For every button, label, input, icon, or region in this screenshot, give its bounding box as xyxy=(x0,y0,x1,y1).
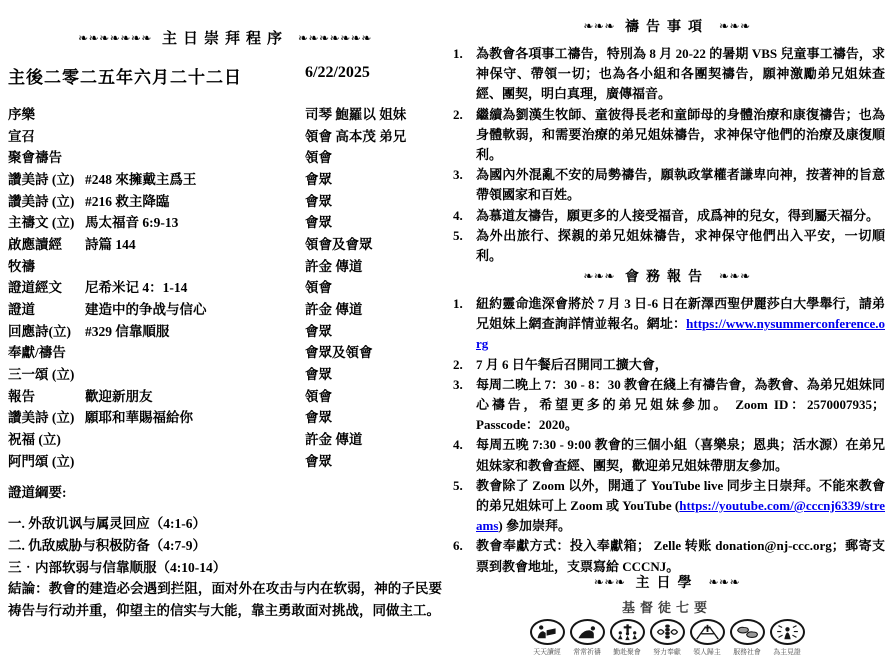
program-content: 歡迎新朋友 xyxy=(85,385,305,405)
program-leader: 許金 傳道 xyxy=(305,298,442,318)
attend-meetings-icon xyxy=(610,619,645,645)
seven-essentials-row: 天天讀經 常常祈禱 勤赴聚會 xyxy=(449,619,885,657)
program-content: 馬太福音 6:9-13 xyxy=(85,211,305,231)
flourish-right-icon: ❧❧❧ xyxy=(719,269,751,283)
sunday-school-title-text: 主日學 xyxy=(636,576,699,591)
prayer-items-title-text: 禱告事項 xyxy=(625,20,709,35)
program-leader: 許金 傳道 xyxy=(305,255,442,275)
program-leader: 會眾 xyxy=(305,320,442,340)
program-leader: 會眾 xyxy=(305,211,442,231)
worship-order-title-text: 主日崇拜程序 xyxy=(162,31,288,47)
essential-figure: 勤赴聚會 xyxy=(609,619,646,657)
report-item-text: 每周五晚 7:30 - 9:00 教會的三個小組（喜樂泉；恩典；活水源）在弟兄姐… xyxy=(476,437,885,472)
praying-icon xyxy=(570,619,605,645)
program-leader: 會眾 xyxy=(305,450,442,470)
witness-for-the-lord-icon xyxy=(770,619,805,645)
essential-caption: 努力奉獻 xyxy=(653,646,681,656)
essential-figure: 領人歸主 xyxy=(689,619,726,657)
program-content: 願耶和華賜福給你 xyxy=(85,406,305,426)
program-content: 詩篇 144 xyxy=(85,233,305,253)
report-item-text: 7 月 6 日午餐后召開同工擴大會， xyxy=(476,357,668,372)
seven-essentials-title: 基督徒七要 xyxy=(449,597,885,616)
program-leader: 領會 高本茂 弟兄 xyxy=(305,125,442,145)
program-content: 尼希米记 4：1-14 xyxy=(85,276,305,296)
sunday-school-title: ❧❧❧主日學❧❧❧ xyxy=(449,572,885,592)
table-row: 奉獻/禱告會眾及領會 xyxy=(8,341,442,363)
sermon-outline-section: 證道綱要: 一. 外敌讥讽与属灵回应（4:1-6） 二. 仇敌威胁与积极防备（4… xyxy=(8,483,442,622)
report-item: 教會奉獻方式：投入奉獻箱； Zelle 转账 donation@nj-ccc.o… xyxy=(449,536,885,576)
date-row: 主後二零二五年六月二十二日 6/22/2025 xyxy=(8,63,442,85)
table-row: 讚美詩 (立)#216 救主降臨會眾 xyxy=(8,189,442,211)
essential-figure: 天天讀經 xyxy=(529,619,566,657)
program-item: 讚美詩 (立) xyxy=(8,190,85,210)
flourish-right-icon: ❧❧❧❧❧❧❧ xyxy=(298,31,372,45)
report-item: 教會除了 Zoom 以外，開通了 YouTube live 同步主日崇拜。不能來… xyxy=(449,476,885,537)
program-content: #329 信靠順服 xyxy=(85,320,305,340)
program-item: 三一頌 (立) xyxy=(8,363,85,383)
worship-order-section: ❧❧❧❧❧❧❧主日崇拜程序❧❧❧❧❧❧❧ 主後二零二五年六月二十二日 6/22/… xyxy=(8,0,442,672)
program-leader: 會眾 xyxy=(305,190,442,210)
program-item: 祝福 (立) xyxy=(8,428,85,448)
program-item: 報告 xyxy=(8,385,85,405)
prayer-items-title: ❧❧❧禱告事項❧❧❧ xyxy=(449,16,885,36)
flourish-left-icon: ❧❧❧ xyxy=(594,575,626,589)
flourish-left-icon: ❧❧❧ xyxy=(583,269,615,283)
program-leader: 會眾 xyxy=(305,168,442,188)
report-item: 每周二晚上 7：30 - 8：30 教會在綫上有禱告會，為教會、為弟兄姐妹同心禱… xyxy=(449,375,885,436)
program-item: 證道 xyxy=(8,298,85,318)
right-column: ❧❧❧禱告事項❧❧❧ 為教會各項事工禱告，特別為 8 月 20-22 的暑期 V… xyxy=(449,0,885,672)
program-item: 奉獻/禱告 xyxy=(8,341,85,361)
essential-figure: 努力奉獻 xyxy=(649,619,686,657)
lead-people-to-christ-icon xyxy=(690,619,725,645)
program-item: 啟應讀經 xyxy=(8,233,85,253)
program-item: 讚美詩 (立) xyxy=(8,168,85,188)
daily-bible-reading-icon xyxy=(530,619,565,645)
prayer-item: 繼續為劉漢生牧師、童彼得長老和童師母的身體治療和康復禱告；也為身體軟弱，和需要治… xyxy=(449,105,885,166)
outline-point: 三‧内部软弱与信靠顺服（4:10-14） xyxy=(8,557,442,579)
serve-society-icon xyxy=(730,619,765,645)
program-leader: 許金 傳道 xyxy=(305,428,442,448)
table-row: 啟應讀經詩篇 144領會及會眾 xyxy=(8,232,442,254)
flourish-right-icon: ❧❧❧ xyxy=(719,19,751,33)
bulletin-page: ❧❧❧❧❧❧❧主日崇拜程序❧❧❧❧❧❧❧ 主後二零二五年六月二十二日 6/22/… xyxy=(0,0,891,672)
essential-caption: 服務社會 xyxy=(733,646,761,656)
outline-conclusion: 結論：教會的建造必会遇到拦阻，面对外在攻击与内在软弱，神的子民要祷告与行动并重，… xyxy=(8,578,442,622)
program-leader: 司琴 鮑羅以 姐妹 xyxy=(305,103,442,123)
prayer-items-list: 為教會各項事工禱告，特別為 8 月 20-22 的暑期 VBS 兒童事工禱告，求… xyxy=(449,44,885,266)
program-item: 讚美詩 (立) xyxy=(8,406,85,426)
report-item-text: 每周二晚上 7：30 - 8：30 教會在綫上有禱告會，為教會、為弟兄姐妹同心禱… xyxy=(476,377,885,432)
table-row: 祝福 (立)許金 傳道 xyxy=(8,427,442,449)
prayer-item: 為慕道友禱告，願更多的人接受福音，成爲神的兒女，得到屬天福分。 xyxy=(449,206,885,226)
program-content: 建造中的争战与信心 xyxy=(85,298,305,318)
report-item-suffix: ) 參加崇拜。 xyxy=(498,518,571,533)
program-content: #216 救主降臨 xyxy=(85,190,305,210)
essential-caption: 常常祈禱 xyxy=(573,646,601,656)
program-item: 證道經文 xyxy=(8,276,85,296)
table-row: 聚會禱告領會 xyxy=(8,145,442,167)
essential-caption: 勤赴聚會 xyxy=(613,646,641,656)
program-leader: 領會及會眾 xyxy=(305,233,442,253)
program-leader: 會眾及領會 xyxy=(305,341,442,361)
table-row: 回應詩(立)#329 信靠順服會眾 xyxy=(8,319,442,341)
essential-figure: 為主見證 xyxy=(769,619,806,657)
report-item: 每周五晚 7:30 - 9:00 教會的三個小組（喜樂泉；恩典；活水源）在弟兄姐… xyxy=(449,435,885,475)
table-row: 讚美詩 (立)#248 來擁戴主爲王會眾 xyxy=(8,167,442,189)
program-item: 回應詩(立) xyxy=(8,320,85,340)
date-chinese: 主後二零二五年六月二十二日 xyxy=(8,68,242,87)
report-item: 7 月 6 日午餐后召開同工擴大會， xyxy=(449,355,885,375)
outline-point: 二. 仇敌威胁与积极防备（4:7-9） xyxy=(8,535,442,557)
offering-icon xyxy=(650,619,685,645)
table-row: 證道經文尼希米记 4：1-14領會 xyxy=(8,276,442,298)
table-row: 阿門頌 (立)會眾 xyxy=(8,449,442,471)
essential-caption: 天天讀經 xyxy=(533,646,561,656)
sermon-outline-heading: 證道綱要: xyxy=(8,483,442,503)
church-report-list: 紐約靈命進深會將於 7 月 3 日-6 日在新澤西聖伊麗莎白大學舉行，請弟兄姐妹… xyxy=(449,294,885,577)
table-row: 牧禱許金 傳道 xyxy=(8,254,442,276)
program-item: 聚會禱告 xyxy=(8,146,85,166)
date-english: 6/22/2025 xyxy=(305,64,370,82)
prayer-item: 為外出旅行、探親的弟兄姐妹禱告，求神保守他們出入平安，一切順利。 xyxy=(449,226,885,266)
table-row: 證道建造中的争战与信心許金 傳道 xyxy=(8,297,442,319)
table-row: 主禱文 (立)馬太福音 6:9-13會眾 xyxy=(8,210,442,232)
worship-program-table: 序樂司琴 鮑羅以 姐妹 宣召領會 高本茂 弟兄 聚會禱告領會 讚美詩 (立)#2… xyxy=(8,102,442,471)
table-row: 報告歡迎新朋友領會 xyxy=(8,384,442,406)
table-row: 三一頌 (立)會眾 xyxy=(8,362,442,384)
program-leader: 會眾 xyxy=(305,363,442,383)
outline-point: 一. 外敌讥讽与属灵回应（4:1-6） xyxy=(8,513,442,535)
program-leader: 領會 xyxy=(305,385,442,405)
church-report-title-text: 會務報告 xyxy=(625,270,709,285)
essential-figure: 常常祈禱 xyxy=(569,619,606,657)
report-item: 紐約靈命進深會將於 7 月 3 日-6 日在新澤西聖伊麗莎白大學舉行，請弟兄姐妹… xyxy=(449,294,885,355)
program-item: 牧禱 xyxy=(8,255,85,275)
essential-caption: 領人歸主 xyxy=(693,646,721,656)
program-item: 序樂 xyxy=(8,103,85,123)
program-item: 宣召 xyxy=(8,125,85,145)
prayer-item: 為教會各項事工禱告，特別為 8 月 20-22 的暑期 VBS 兒童事工禱告，求… xyxy=(449,44,885,105)
program-item: 阿門頌 (立) xyxy=(8,450,85,470)
essential-caption: 為主見證 xyxy=(773,646,801,656)
sermon-outline-points: 一. 外敌讥讽与属灵回应（4:1-6） 二. 仇敌威胁与积极防备（4:7-9） … xyxy=(8,513,442,622)
prayer-item: 為國內外混亂不安的局勢禱告，願執政掌權者謙卑向神，按著神的旨意帶領國家和百姓。 xyxy=(449,165,885,205)
table-row: 序樂司琴 鮑羅以 姐妹 xyxy=(8,102,442,124)
essential-figure: 服務社會 xyxy=(729,619,766,657)
program-content: #248 來擁戴主爲王 xyxy=(85,168,305,188)
flourish-right-icon: ❧❧❧ xyxy=(709,575,741,589)
flourish-left-icon: ❧❧❧ xyxy=(583,19,615,33)
church-report-title: ❧❧❧會務報告❧❧❧ xyxy=(449,266,885,286)
seven-essentials-logo: 基督徒七要 天天讀經 常常祈禱 xyxy=(449,597,885,657)
program-leader: 領會 xyxy=(305,146,442,166)
flourish-left-icon: ❧❧❧❧❧❧❧ xyxy=(78,31,152,45)
program-item: 主禱文 (立) xyxy=(8,211,85,231)
program-leader: 會眾 xyxy=(305,406,442,426)
program-leader: 領會 xyxy=(305,276,442,296)
report-item-text: 教會奉獻方式：投入奉獻箱； Zelle 转账 donation@nj-ccc.o… xyxy=(476,538,885,573)
worship-order-title: ❧❧❧❧❧❧❧主日崇拜程序❧❧❧❧❧❧❧ xyxy=(8,27,442,48)
table-row: 讚美詩 (立)願耶和華賜福給你會眾 xyxy=(8,406,442,428)
table-row: 宣召領會 高本茂 弟兄 xyxy=(8,124,442,146)
